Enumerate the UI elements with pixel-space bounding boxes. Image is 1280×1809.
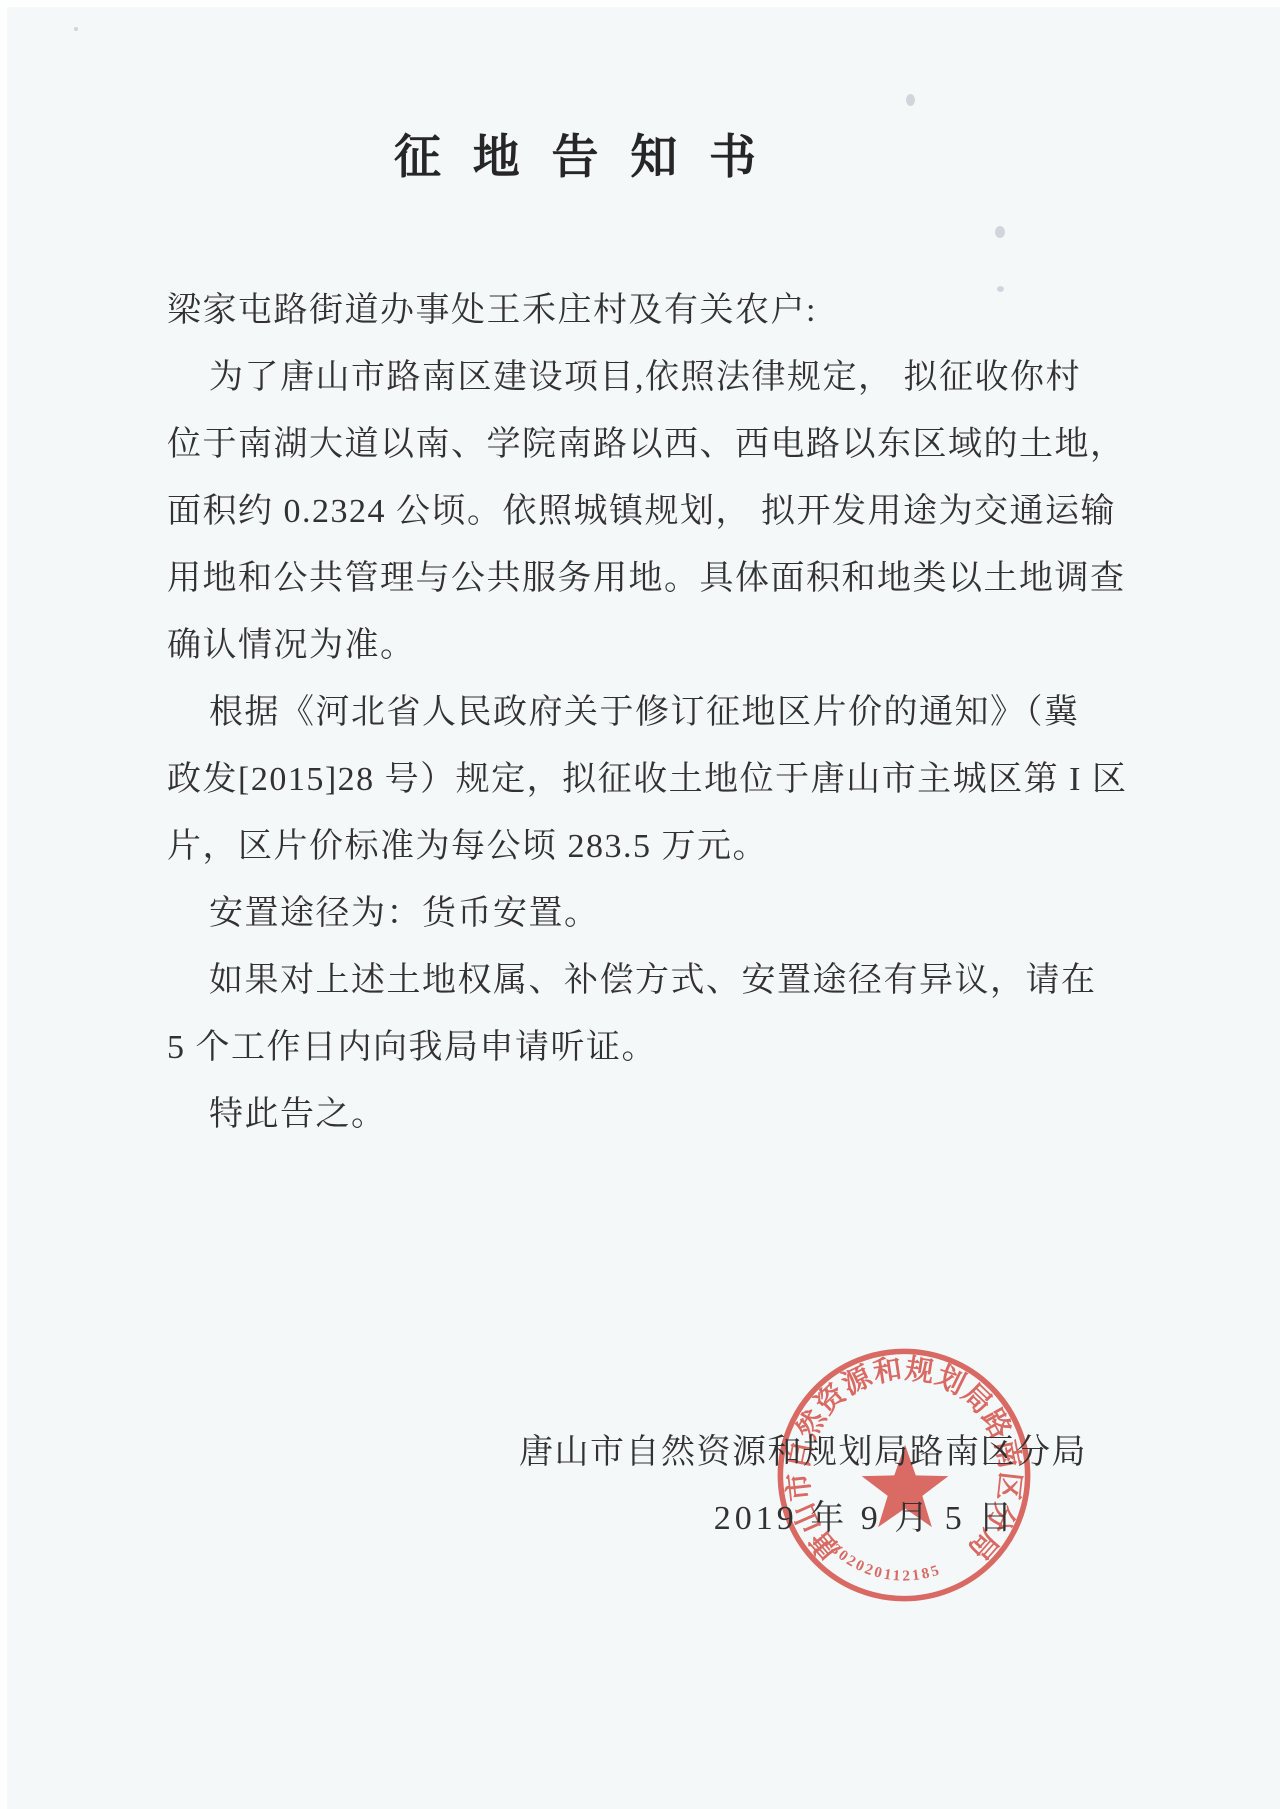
- body-line: 用地和公共管理与公共服务用地。具体面积和地类以土地调查: [167, 545, 1127, 612]
- body-line: 片，区片价标准为每公顷 283.5 万元。: [167, 813, 1127, 880]
- body-line: 根据《河北省人民政府关于修订征地区片价的通知》（冀: [167, 679, 1127, 746]
- scan-artifact: [74, 27, 78, 31]
- body-line: 特此告之。: [167, 1081, 1127, 1148]
- body-line: 位于南湖大道以南、学院南路以西、西电路以东区域的土地，: [167, 411, 1127, 478]
- date-line: 2019 年 9 月 5 日: [645, 1490, 1085, 1539]
- signature-line: 唐山市自然资源和规划局路南区分局: [519, 1424, 1087, 1473]
- body-line: 安置途径为：货币安置。: [167, 880, 1127, 947]
- scan-artifact: [906, 94, 915, 106]
- scan-edge: [0, 0, 1280, 7]
- salutation-line: 梁家屯路街道办事处王禾庄村及有关农户:: [167, 277, 1127, 344]
- body-line: 面积约 0.2324 公顷。依照城镇规划， 拟开发用途为交通运输: [167, 478, 1127, 545]
- body-line: 如果对上述土地权属、补偿方式、安置途径有异议，请在: [167, 947, 1127, 1014]
- scan-edge: [0, 0, 7, 1809]
- body-line: 确认情况为准。: [167, 612, 1127, 679]
- body-line: 5 个工作日内向我局申请听证。: [167, 1014, 1127, 1081]
- scan-artifact: [997, 286, 1004, 292]
- body-line: 政发[2015]28 号）规定，拟征收土地位于唐山市主城区第 I 区: [167, 746, 1127, 813]
- scanned-notice-page: 征 地 告 知 书 梁家屯路街道办事处王禾庄村及有关农户: 为了唐山市路南区建设…: [0, 0, 1280, 1809]
- document-title: 征 地 告 知 书: [105, 120, 1055, 187]
- body-line: 为了唐山市路南区建设项目,依照法律规定， 拟征收你村: [167, 344, 1127, 411]
- scan-artifact: [995, 226, 1005, 238]
- document-body: 梁家屯路街道办事处王禾庄村及有关农户: 为了唐山市路南区建设项目,依照法律规定，…: [167, 277, 1127, 1148]
- official-seal: 唐山市自然资源和规划局路南区分局 1302020112185: [752, 1323, 1056, 1627]
